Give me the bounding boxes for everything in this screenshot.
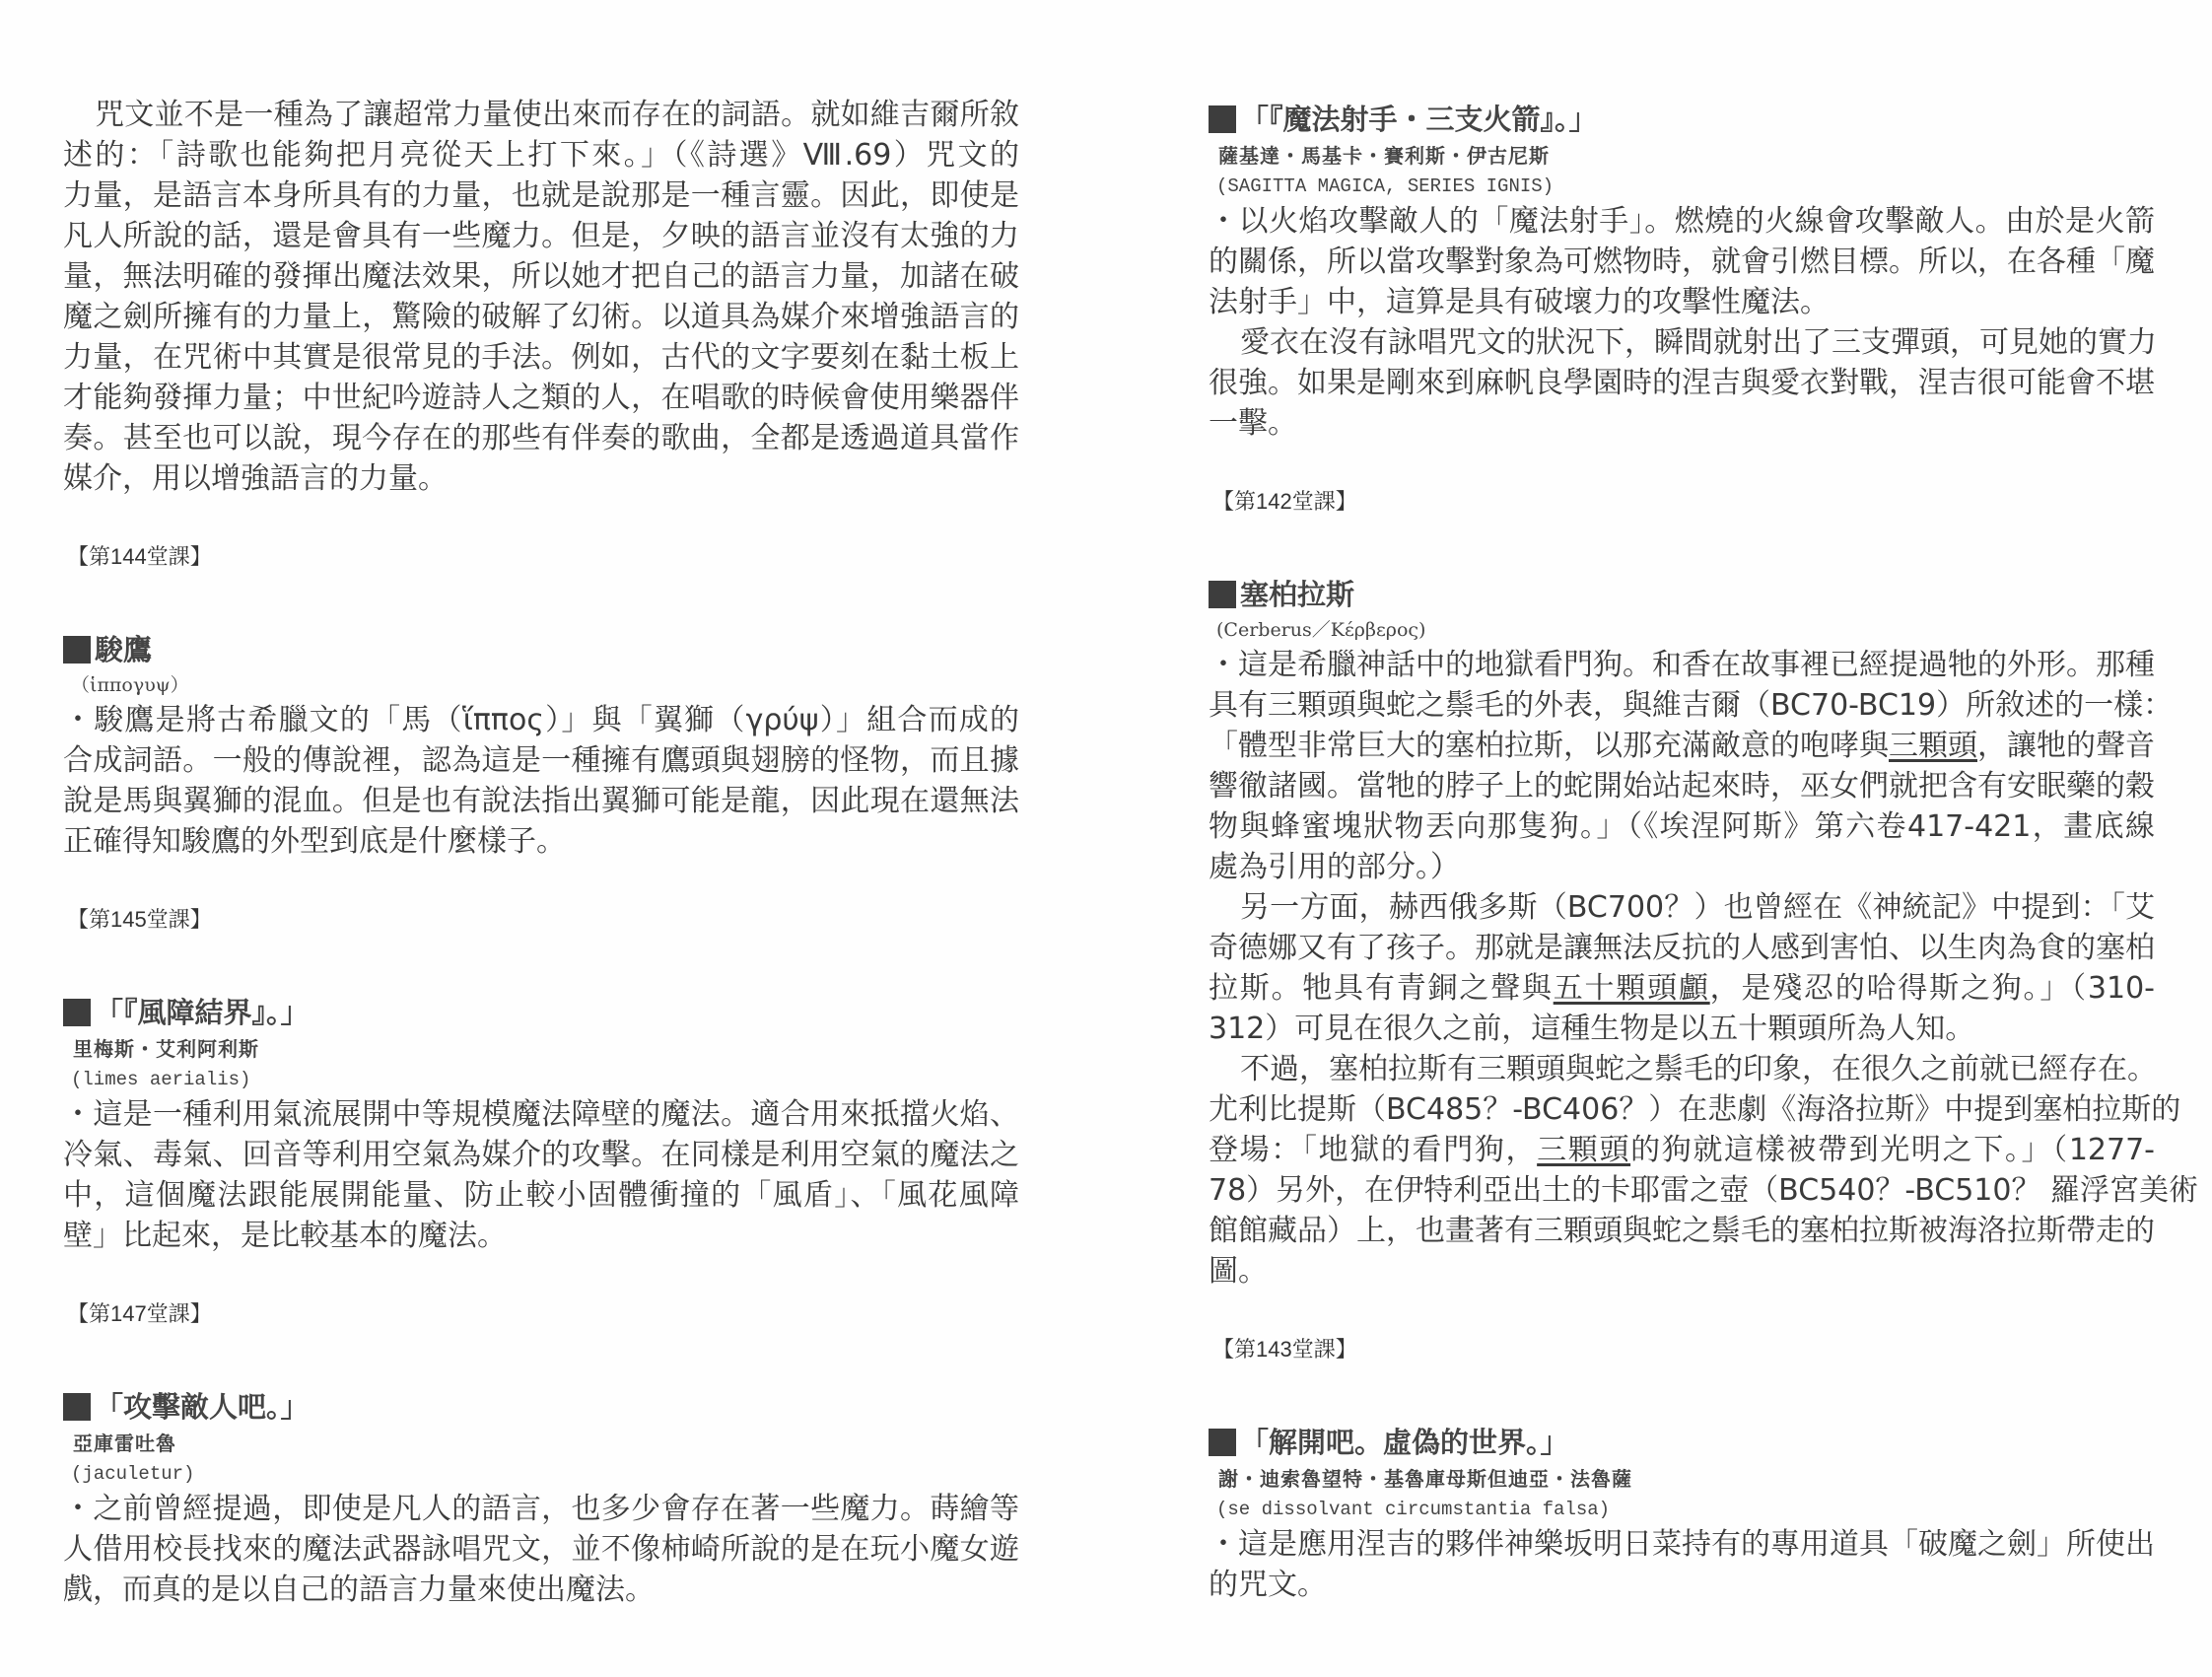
entry-title: 「攻擊敵人吧。」 <box>95 1386 310 1428</box>
text-run: 拉斯。牠具有青銅之聲與 <box>1209 971 1554 1006</box>
text-line: 愛衣在沒有詠唱咒文的狀況下，瞬間就射出了三支彈頭，可見她的實力 <box>1209 322 2155 363</box>
text-line: 不過，塞柏拉斯有三顆頭與蛇之鬃毛的印象，在很久之前就已經存在。 <box>1209 1049 2155 1089</box>
text-line: 凡人所說的話，還是會具有一些魔力。但是，夕映的語言並沒有太強的力 <box>63 216 1019 256</box>
text-line: 登場：「地獄的看門狗，三顆頭的狗就這樣被帶到光明之下。」（1277- <box>1209 1130 2155 1170</box>
lesson-label: 【第145堂課】 <box>67 905 1019 935</box>
text-line: 另一方面，赫西俄多斯（BC700？）也曾經在《神統記》中提到：「艾 <box>1209 887 2155 928</box>
entry-heading-wind-barrier: 「『風障結界』。」 <box>63 992 1019 1033</box>
text-line: 魔之劍所擁有的力量上，驚險的破解了幻術。以道具為媒介來增強語言的 <box>63 297 1019 337</box>
entry-original-term: （ἱππογυψ） <box>71 670 1019 700</box>
entry-heading-attack: 「攻擊敵人吧。」 <box>63 1386 1019 1428</box>
text-line: 處為引用的部分。） <box>1209 847 2155 887</box>
square-bullet-icon <box>63 636 91 664</box>
text-run: ，讓牠的聲音 <box>1977 729 2155 763</box>
right-page-column: 「『魔法射手・三支火箭』。」 薩基達・馬基卡・賽利斯・伊古尼斯 (SAGITTA… <box>1209 99 2155 1605</box>
entry-body: ・之前曾經提過，即使是凡人的語言，也多少會存在著一些魔力。蒔繪等 人借用校長找來… <box>63 1489 1019 1610</box>
text-line: ・以火焰攻擊敵人的「魔法射手」。燃燒的火線會攻擊敵人。由於是火箭 <box>1209 201 2155 242</box>
text-line: 「體型非常巨大的塞柏拉斯，以那充滿敵意的咆哮與三顆頭，讓牠的聲音 <box>1209 726 2155 766</box>
text-line: 合成詞語。一般的傳說裡，認為這是一種擁有鷹頭與翅膀的怪物，而且據 <box>63 740 1019 781</box>
text-line: 壁」比起來，是比較基本的魔法。 <box>63 1216 1019 1256</box>
lesson-label: 【第142堂課】 <box>1212 487 2155 517</box>
text-line: 述的：「詩歌也能夠把月亮從天上打下來。」（《詩選》Ⅷ.69）咒文的 <box>63 135 1019 175</box>
entry-title: 「解開吧。虛偽的世界。」 <box>1240 1422 1569 1463</box>
text-line: 拉斯。牠具有青銅之聲與五十顆頭顱，是殘忍的哈得斯之狗。」（310- <box>1209 968 2155 1009</box>
text-line: ・駿鷹是將古希臘文的「馬（ἵππος）」與「翼獅（γρύψ）」組合而成的 <box>63 700 1019 740</box>
square-bullet-icon <box>1209 581 1236 608</box>
text-line: 具有三顆頭與蛇之鬃毛的外表，與維吉爾（BC70-BC19）所敘述的一樣： <box>1209 685 2155 726</box>
entry-reading: 里梅斯・艾利阿利斯 <box>73 1033 1019 1065</box>
entry-body: ・這是應用涅吉的夥伴神樂坂明日菜持有的專用道具「破魔之劍」所使出 的咒文。 <box>1209 1524 2155 1605</box>
entry-heading-magic-archer: 「『魔法射手・三支火箭』。」 <box>1209 99 2155 140</box>
text-line: 的關係，所以當攻擊對象為可燃物時，就會引燃目標。所以，在各種「魔 <box>1209 242 2155 282</box>
entry-body: ・駿鷹是將古希臘文的「馬（ἵππος）」與「翼獅（γρύψ）」組合而成的 合成詞… <box>63 700 1019 862</box>
text-line: ・這是希臘神話中的地獄看門狗。和香在故事裡已經提過牠的外形。那種 <box>1209 645 2155 685</box>
underlined-quote: 三顆頭 <box>1889 729 1977 763</box>
entry-reading: 薩基達・馬基卡・賽利斯・伊古尼斯 <box>1218 140 2155 172</box>
text-line: 冷氣、毒氣、回音等利用空氣為媒介的攻擊。在同樣是利用空氣的魔法之 <box>63 1135 1019 1175</box>
entry-reading: 亞庫雷吐魯 <box>73 1428 1019 1459</box>
entry-title: 「『風障結界』。」 <box>95 992 310 1033</box>
text-line: ・這是應用涅吉的夥伴神樂坂明日菜持有的專用道具「破魔之劍」所使出 <box>1209 1524 2155 1565</box>
square-bullet-icon <box>1209 105 1236 133</box>
underlined-quote: 三顆頭 <box>1537 1133 1630 1167</box>
text-run: ，是殘忍的哈得斯之狗。」（310- <box>1710 971 2155 1006</box>
text-line: 戲，而真的是以自己的語言力量來使出魔法。 <box>63 1570 1019 1610</box>
square-bullet-icon <box>1209 1429 1236 1456</box>
text-line: 的咒文。 <box>1209 1565 2155 1605</box>
text-line: 奏。甚至也可以說，現今存在的那些有伴奏的歌曲，全都是透過道具當作 <box>63 418 1019 458</box>
text-line: 響徹諸國。當牠的脖子上的蛇開始站起來時，巫女們就把含有安眠藥的穀 <box>1209 766 2155 806</box>
text-line: 力量，是語言本身所具有的力量，也就是說那是一種言靈。因此，即使是 <box>63 175 1019 216</box>
text-line: 咒文並不是一種為了讓超常力量使出來而存在的詞語。就如維吉爾所敘 <box>63 95 1019 135</box>
text-line: 尤利比提斯（BC485？-BC406？）在悲劇《海洛拉斯》中提到塞柏拉斯的 <box>1209 1089 2155 1130</box>
entry-reading: 謝・迪索魯望特・基魯庫母斯但迪亞・法魯薩 <box>1218 1463 2155 1495</box>
lesson-label: 【第143堂課】 <box>1212 1335 2155 1364</box>
entry-body: ・以火焰攻擊敵人的「魔法射手」。燃燒的火線會攻擊敵人。由於是火箭 的關係，所以當… <box>1209 201 2155 444</box>
square-bullet-icon <box>63 1393 91 1421</box>
lesson-label: 【第147堂課】 <box>67 1299 1019 1329</box>
text-run: 「體型非常巨大的塞柏拉斯，以那充滿敵意的咆哮與 <box>1209 729 1889 763</box>
entry-body: ・這是希臘神話中的地獄看門狗。和香在故事裡已經提過牠的外形。那種 具有三顆頭與蛇… <box>1209 645 2155 1292</box>
entry-heading-dispel: 「解開吧。虛偽的世界。」 <box>1209 1422 2155 1463</box>
text-line: 圖。 <box>1209 1251 2155 1292</box>
text-line: ・這是一種利用氣流展開中等規模魔法障壁的魔法。適合用來抵擋火焰、 <box>63 1094 1019 1135</box>
text-line: 78）另外，在伊特利亞出土的卡耶雷之壺（BC540？-BC510？ 羅浮宮美術 <box>1209 1170 2155 1211</box>
entry-heading-cerberus: 塞柏拉斯 <box>1209 574 2155 615</box>
entry-latin: (limes aerialis) <box>71 1065 1019 1094</box>
square-bullet-icon <box>63 999 91 1026</box>
text-line: ・之前曾經提過，即使是凡人的語言，也多少會存在著一些魔力。蒔繪等 <box>63 1489 1019 1529</box>
entry-latin: (SAGITTA MAGICA, SERIES IGNIS) <box>1216 172 2155 201</box>
text-line: 力量，在咒術中其實是很常見的手法。例如，古代的文字要刻在黏土板上 <box>63 337 1019 378</box>
entry-title: 塞柏拉斯 <box>1240 574 1354 615</box>
text-line: 館館藏品）上，也畫著有三顆頭與蛇之鬃毛的塞柏拉斯被海洛拉斯帶走的 <box>1209 1211 2155 1251</box>
entry-latin: (jaculetur) <box>71 1459 1019 1489</box>
text-line: 中，這個魔法跟能展開能量、防止較小固體衝撞的「風盾」、「風花風障 <box>63 1175 1019 1216</box>
text-line: 正確得知駿鷹的外型到底是什麼樣子。 <box>63 821 1019 862</box>
text-run: 的狗就這樣被帶到光明之下。」（1277- <box>1630 1133 2155 1167</box>
entry-original-term: (Cerberus／Κέρβερος) <box>1216 615 2155 645</box>
text-line: 法射手」中，這算是具有破壞力的攻擊性魔法。 <box>1209 282 2155 322</box>
left-page-column: 咒文並不是一種為了讓超常力量使出來而存在的詞語。就如維吉爾所敘 述的：「詩歌也能… <box>63 95 1019 1610</box>
intro-paragraph: 咒文並不是一種為了讓超常力量使出來而存在的詞語。就如維吉爾所敘 述的：「詩歌也能… <box>63 95 1019 499</box>
text-line: 奇德娜又有了孩子。那就是讓無法反抗的人感到害怕、以生肉為食的塞柏 <box>1209 928 2155 968</box>
text-line: 媒介，用以增強語言的力量。 <box>63 458 1019 499</box>
text-line: 很強。如果是剛來到麻帆良學園時的涅吉與愛衣對戰，涅吉很可能會不堪 <box>1209 363 2155 403</box>
text-line: 物與蜂蜜塊狀物丟向那隻狗。」（《埃涅阿斯》第六卷417-421，畫底線 <box>1209 806 2155 847</box>
entry-title: 「『魔法射手・三支火箭』。」 <box>1240 99 1598 140</box>
text-line: 人借用校長找來的魔法武器詠唱咒文，並不像柿崎所說的是在玩小魔女遊 <box>63 1529 1019 1570</box>
text-line: 312）可見在很久之前，這種生物是以五十顆頭所為人知。 <box>1209 1009 2155 1049</box>
entry-body: ・這是一種利用氣流展開中等規模魔法障壁的魔法。適合用來抵擋火焰、 冷氣、毒氣、回… <box>63 1094 1019 1256</box>
underlined-quote: 五十顆頭顱 <box>1554 971 1710 1006</box>
entry-latin: (se dissolvant circumstantia falsa) <box>1216 1495 2155 1524</box>
text-line: 一擊。 <box>1209 403 2155 444</box>
text-run: 登場：「地獄的看門狗， <box>1209 1133 1537 1167</box>
lesson-label: 【第144堂課】 <box>67 542 1019 572</box>
text-line: 才能夠發揮力量；中世紀吟遊詩人之類的人，在唱歌的時候會使用樂器伴 <box>63 378 1019 418</box>
text-line: 說是馬與翼獅的混血。但是也有說法指出翼獅可能是龍，因此現在還無法 <box>63 781 1019 821</box>
entry-title: 駿鷹 <box>95 629 152 670</box>
text-line: 量，無法明確的發揮出魔法效果，所以她才把自己的語言力量，加諸在破 <box>63 256 1019 297</box>
entry-heading-hippogriff: 駿鷹 <box>63 629 1019 670</box>
